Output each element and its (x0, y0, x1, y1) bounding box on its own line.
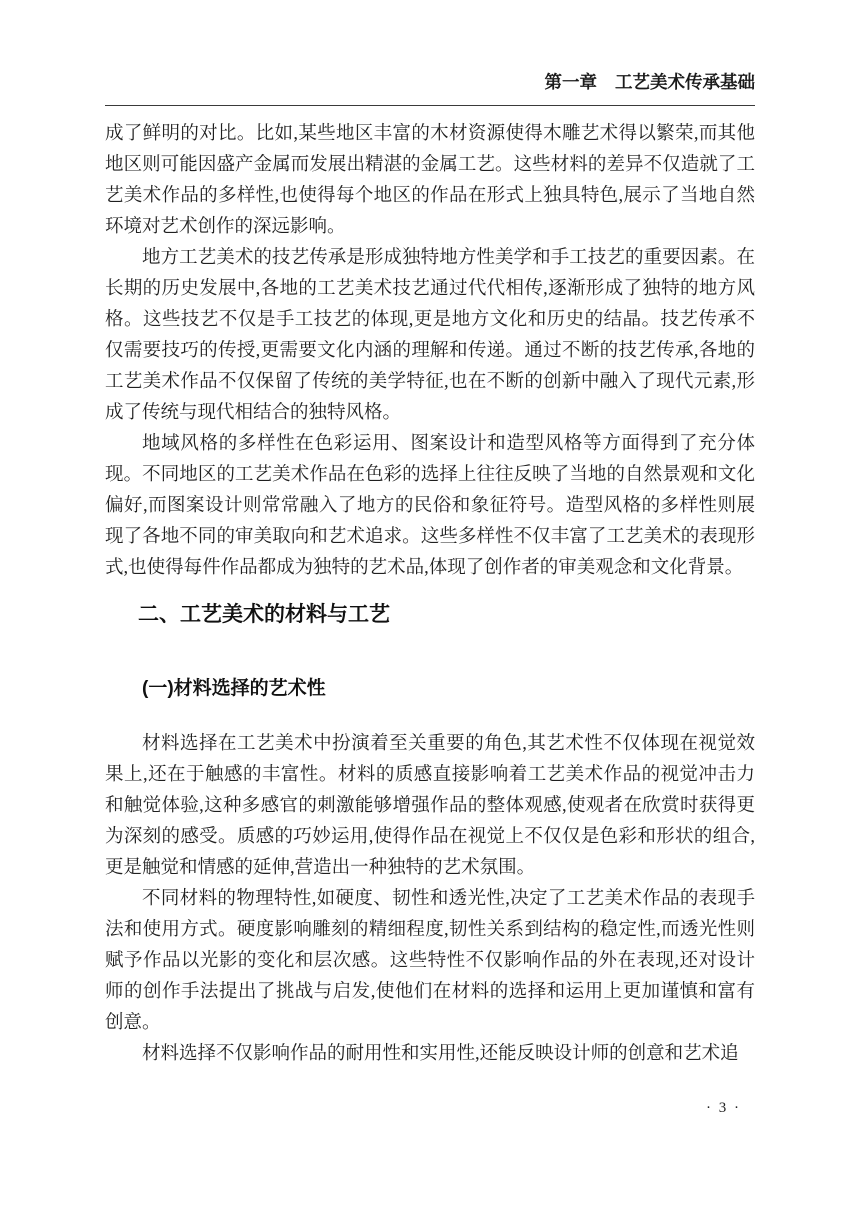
chapter-label: 第一章 (545, 72, 598, 92)
page-content: 第一章工艺美术传承基础 成了鲜明的对比。比如,某些地区丰富的木材资源使得木雕艺术… (105, 70, 755, 1070)
section-heading: 二、工艺美术的材料与工艺 (138, 603, 755, 627)
paragraph-cutoff: 材料选择不仅影响作品的耐用性和实用性,还能反映设计师的创意和艺术追 (105, 1039, 755, 1070)
running-header: 第一章工艺美术传承基础 (105, 70, 755, 106)
paragraph: 不同材料的物理特性,如硬度、韧性和透光性,决定了工艺美术作品的表现手法和使用方式… (105, 884, 755, 1039)
paragraph: 地方工艺美术的技艺传承是形成独特地方性美学和手工技艺的重要因素。在长期的历史发展… (105, 243, 755, 429)
paragraph-continued: 成了鲜明的对比。比如,某些地区丰富的木材资源使得木雕艺术得以繁荣,而其他地区则可… (105, 119, 755, 243)
paragraph: 材料选择在工艺美术中扮演着至关重要的角色,其艺术性不仅体现在视觉效果上,还在于触… (105, 729, 755, 884)
book-page: 第一章工艺美术传承基础 成了鲜明的对比。比如,某些地区丰富的木材资源使得木雕艺术… (0, 0, 860, 1208)
page-number: · 3 · (105, 1100, 755, 1117)
subsection-heading: (一)材料选择的艺术性 (142, 678, 755, 700)
chapter-title: 工艺美术传承基础 (615, 72, 755, 92)
body-text: 成了鲜明的对比。比如,某些地区丰富的木材资源使得木雕艺术得以繁荣,而其他地区则可… (105, 119, 755, 1070)
paragraph: 地域风格的多样性在色彩运用、图案设计和造型风格等方面得到了充分体现。不同地区的工… (105, 429, 755, 584)
